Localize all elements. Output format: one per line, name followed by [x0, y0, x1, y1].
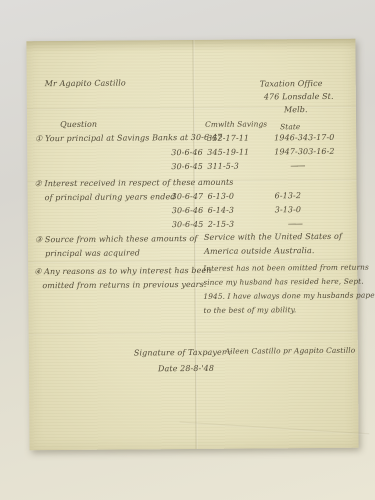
column-header-cmwlth: Cmwlth Savings [205, 120, 267, 129]
q1-row1-state-amount: 1946-343-17-0 [274, 133, 334, 143]
q1-row3-cmwlth-amount: 311-5-3 [207, 162, 239, 171]
q4-answer-line-4: to the best of my ability. [203, 306, 296, 315]
q1-label: ① Your principal at Savings Banks at 30-… [35, 133, 222, 144]
q2-row3-cmwlth-amount: 2-15-3 [208, 220, 234, 229]
photo-backdrop: Mr Agapito Castillo Taxation Office 476 … [0, 0, 375, 500]
q2-row1-state-amount: 6-13-2 [275, 191, 301, 200]
q2-row2-cmwlth-amount: 6-14-3 [208, 206, 234, 215]
q1-row3-state-amount: —— [290, 161, 304, 170]
q2-row2-state-amount: 3-13-0 [275, 205, 301, 214]
date-line: Date 28-8-'48 [158, 364, 214, 374]
signature-value: Aileen Castillo pr Agapito Castillo [225, 347, 356, 357]
q2-row1-cmwlth-amount: 6-13-0 [208, 192, 234, 201]
q1-row1-cmwlth-amount: 352-17-11 [207, 134, 249, 144]
q4-answer-line-2: since my husband has resided here, Sept. [203, 278, 363, 288]
q2-label-line-2: of principal during years ended [45, 192, 176, 202]
q1-row2-state-amount: 1947-303-16-2 [274, 147, 334, 157]
q3-label-line-2: principal was acquired [45, 248, 140, 258]
q4-answer-line-3: 1945. I have always done my husbands pap… [203, 292, 375, 302]
q2-label-line-1: ② Interest received in respect of these … [34, 178, 233, 189]
q3-answer-line-1: Service with the United States of [204, 232, 342, 242]
q1-row2-cmwlth-amount: 345-19-11 [207, 148, 249, 158]
q2-row2-date: 30-6-46 [172, 206, 204, 215]
q1-row2-date: 30-6-46 [171, 148, 203, 157]
q2-row3-date: 30-6-45 [172, 220, 204, 229]
q4-answer-line-1: Interest has not been omitted from retur… [203, 264, 369, 274]
office-address-line-1: Taxation Office [260, 79, 323, 89]
q2-row1-date: 30-6-47 [172, 192, 204, 201]
center-fold-crease [192, 40, 197, 449]
column-header-state: State [280, 123, 300, 132]
office-address-line-2: 476 Lonsdale St. [264, 92, 334, 102]
document-paper: Mr Agapito Castillo Taxation Office 476 … [26, 39, 358, 451]
q4-label-line-2: omitted from returns in previous years. [42, 280, 206, 290]
q2-row3-state-amount: —— [288, 219, 302, 228]
addressee: Mr Agapito Castillo [45, 79, 126, 89]
q4-label-line-1: ④ Any reasons as to why interest has bee… [34, 266, 211, 277]
signature-label: Signature of Taxpayer : [134, 348, 231, 358]
question-heading: Question [60, 120, 97, 129]
q3-answer-line-2: America outside Australia. [204, 246, 314, 256]
q3-label-line-1: ③ Source from which these amounts of [35, 234, 197, 244]
fold-crease [29, 331, 358, 336]
office-address-line-3: Melb. [284, 105, 308, 114]
q1-row3-date: 30-6-45 [171, 162, 203, 171]
fold-crease [180, 421, 370, 435]
